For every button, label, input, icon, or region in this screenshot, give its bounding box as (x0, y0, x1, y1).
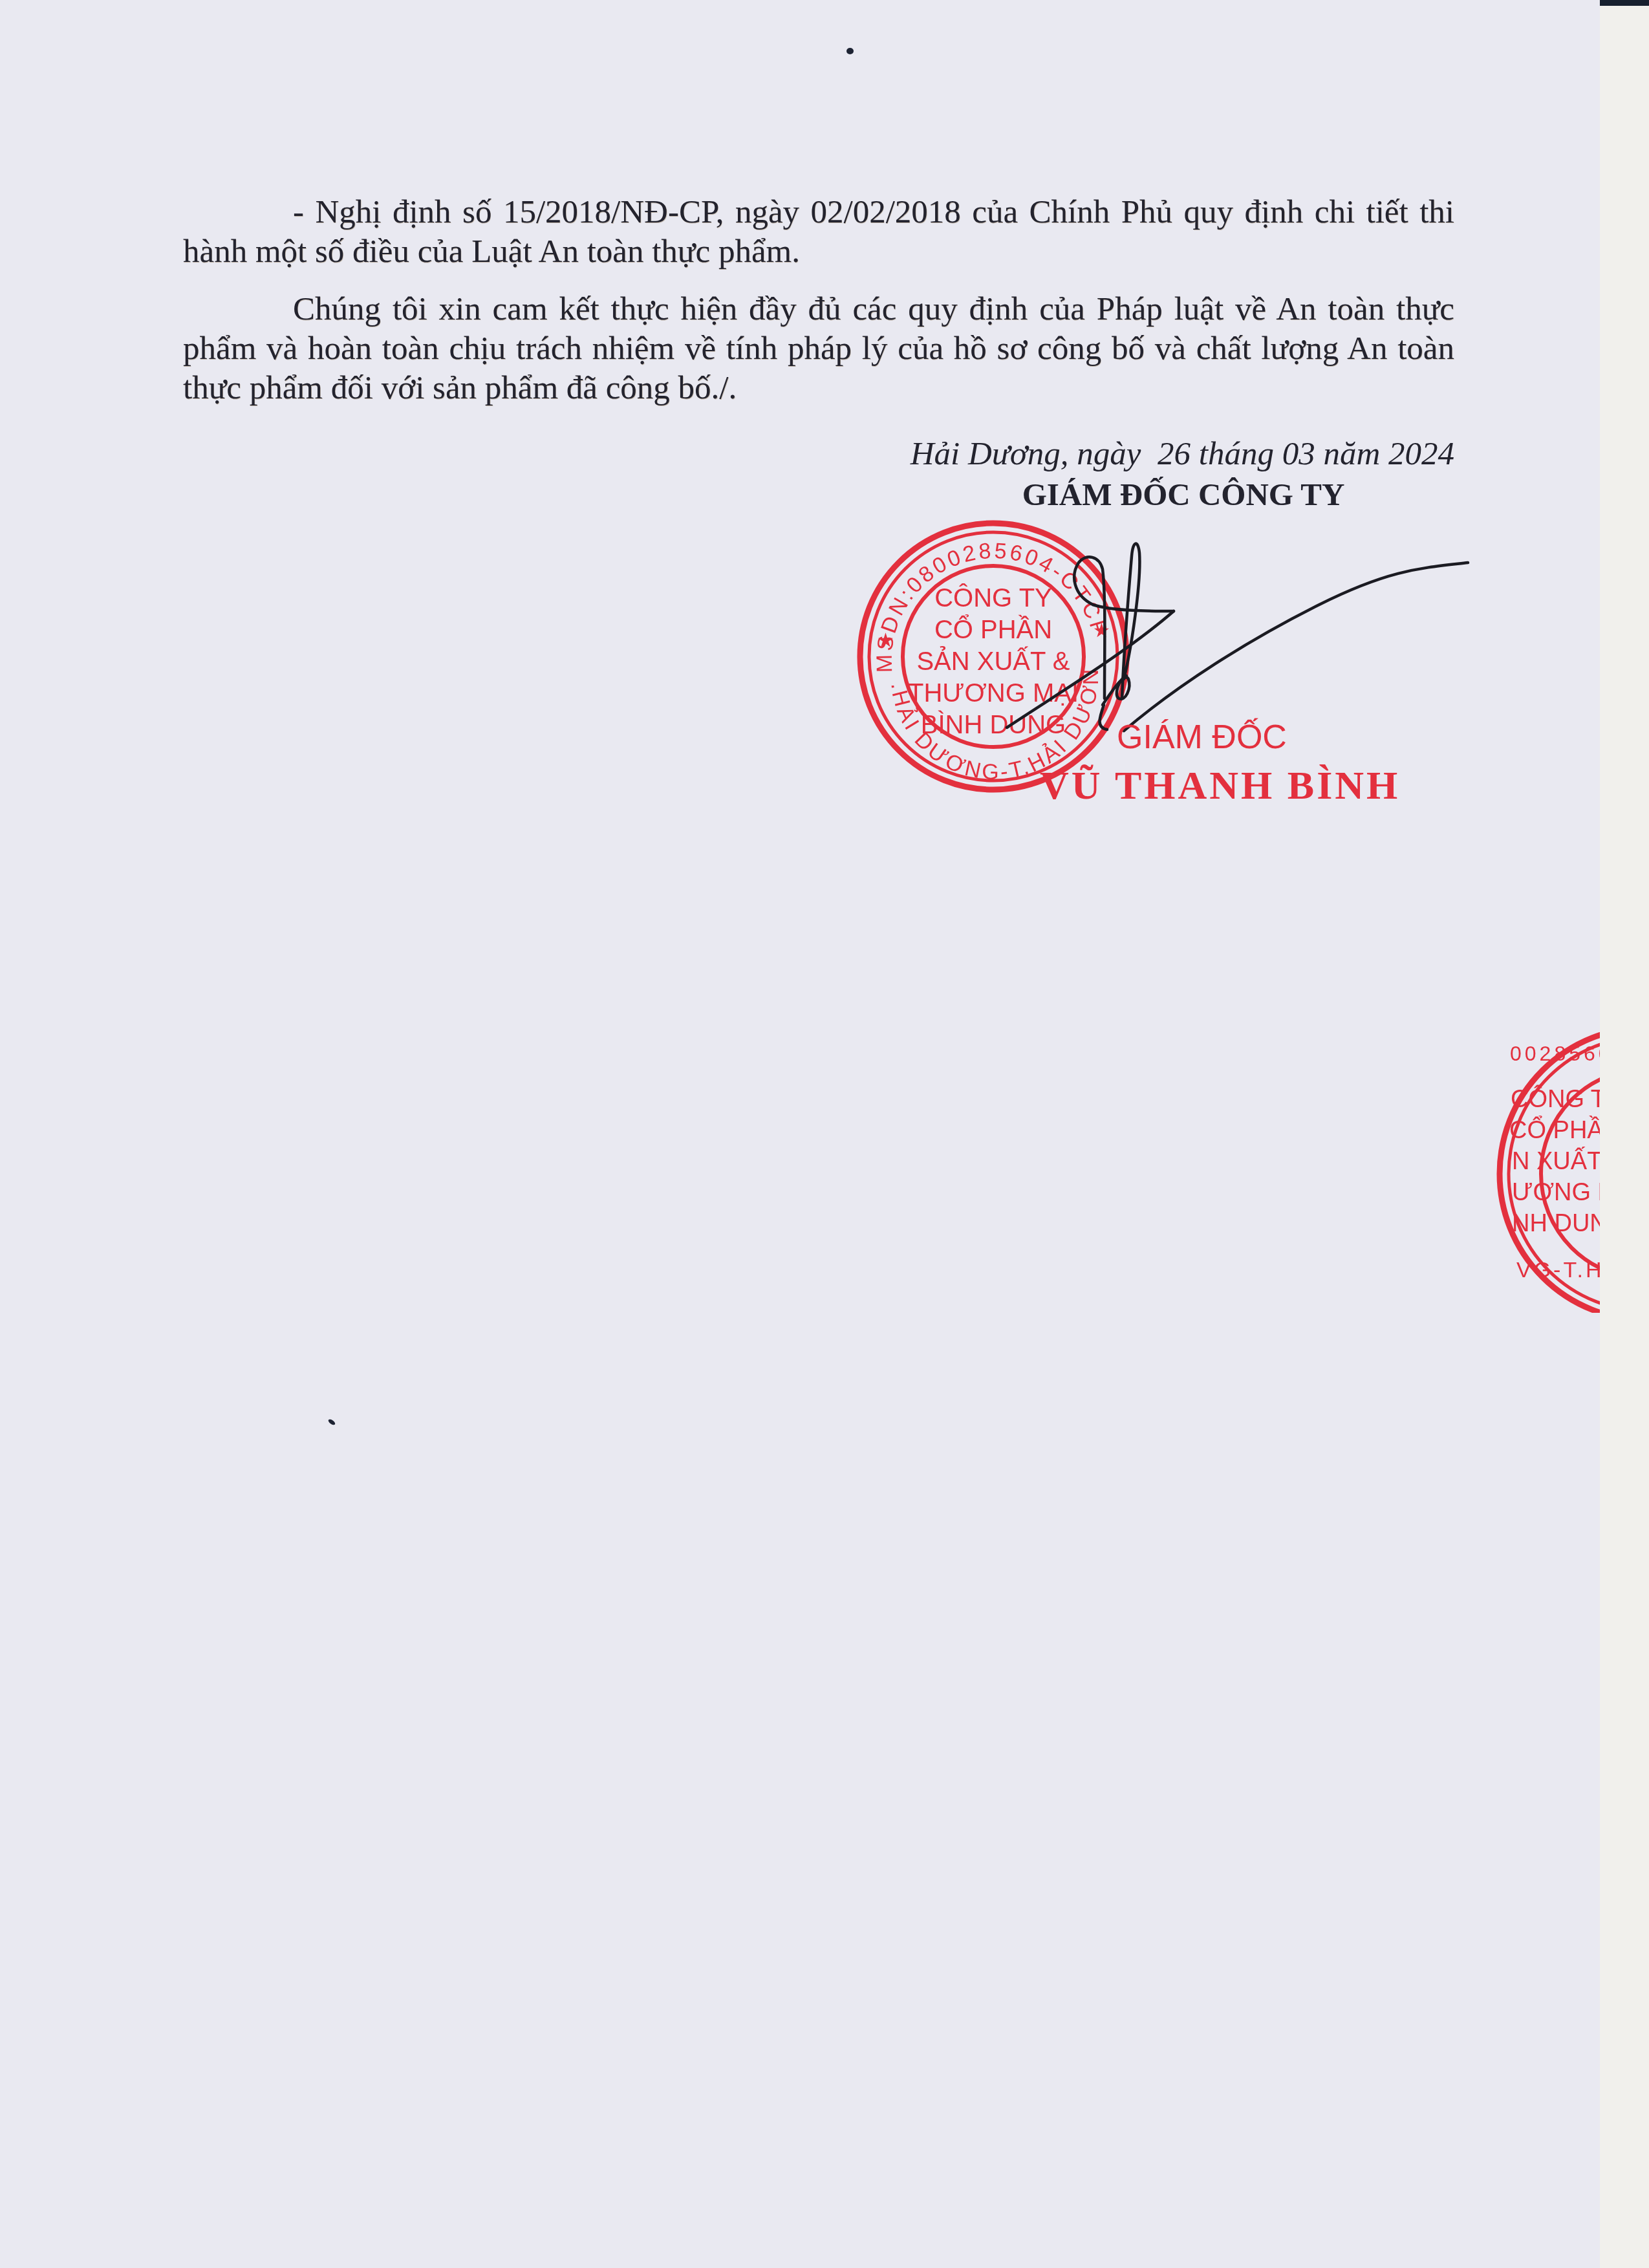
signer-position-stamp: GIÁM ĐỐC (1117, 718, 1287, 757)
scan-edge-bar (1600, 0, 1649, 6)
signature-title: GIÁM ĐỐC CÔNG TY (944, 475, 1423, 514)
signer-name-stamp: VŨ THANH BÌNH (1040, 763, 1400, 808)
commitment-paragraph: Chúng tôi xin cam kết thực hiện đầy đủ c… (183, 290, 1454, 408)
scan-speck (846, 48, 854, 54)
place-date-line: Hải Dương, ngày 26 tháng 03 năm 2024 (841, 435, 1454, 473)
scan-margin-strip (1600, 0, 1649, 2268)
legal-basis-paragraph: - Nghị định số 15/2018/NĐ-CP, ngày 02/02… (183, 193, 1454, 272)
